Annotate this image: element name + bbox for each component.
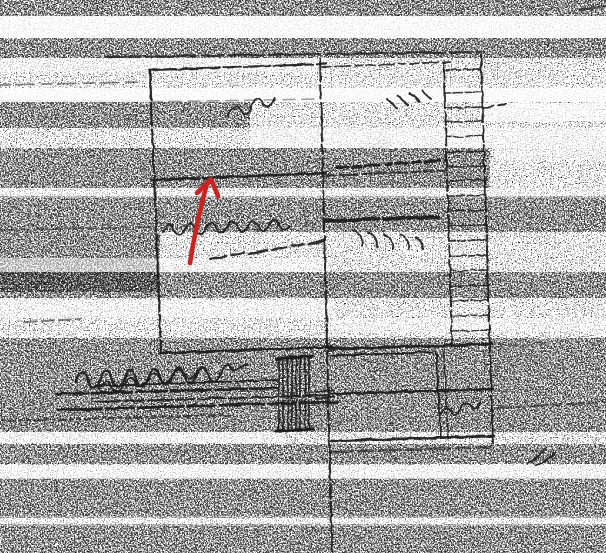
white-scan-band bbox=[250, 128, 606, 148]
white-scan-band bbox=[0, 300, 335, 318]
scanned-plat-document bbox=[0, 0, 606, 553]
dark-scan-band bbox=[0, 272, 606, 298]
dark-scan-band bbox=[0, 478, 606, 518]
white-scan-band bbox=[495, 148, 606, 160]
dark-scan-band bbox=[0, 0, 606, 16]
white-scan-band bbox=[0, 465, 606, 479]
white-scan-band bbox=[0, 258, 330, 272]
dark-scan-band bbox=[0, 444, 606, 464]
noise-layer bbox=[0, 0, 606, 553]
white-scan-band bbox=[0, 432, 285, 443]
white-scan-band bbox=[0, 16, 606, 38]
dark-scan-band bbox=[0, 524, 606, 553]
dark-scan-band bbox=[0, 100, 250, 128]
plat-scan-svg bbox=[0, 0, 606, 553]
dark-scan-band bbox=[0, 196, 606, 232]
white-scan-band bbox=[0, 516, 606, 526]
hatch-bar bbox=[276, 429, 313, 431]
white-scan-band bbox=[0, 188, 606, 198]
dark-scan-band bbox=[0, 148, 490, 188]
